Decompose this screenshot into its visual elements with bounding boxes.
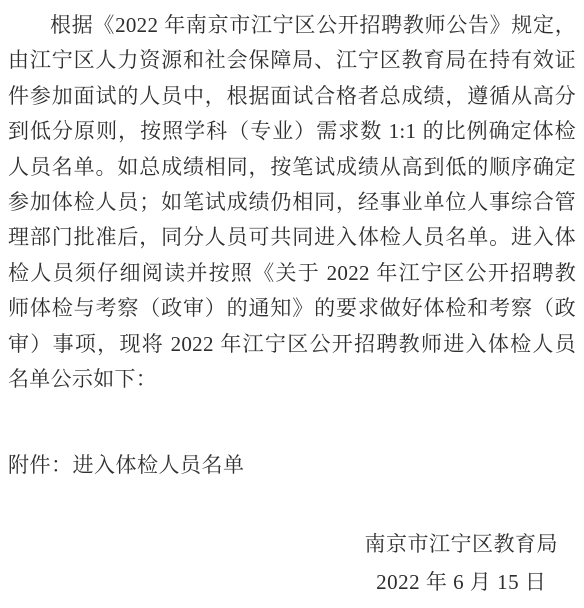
paragraph-line: 由江宁区人力资源和社会保障局、江宁区教育局在持有效证 — [8, 43, 576, 78]
paragraph-line: 审）事项，现将 2022 年江宁区公开招聘教师进入体检人员 — [8, 327, 576, 362]
paragraph-line: 人员名单。如总成绩相同，按笔试成绩从高到低的顺序确定 — [8, 150, 576, 185]
issue-date: 2022 年 6 月 15 日 — [365, 563, 559, 601]
paragraph-line: 师体检与考察（政审）的通知》的要求做好体检和考察（政 — [8, 291, 576, 326]
paragraph-line: 根据《2022 年南京市江宁区公开招聘教师公告》规定， — [8, 8, 576, 43]
paragraph-line: 到低分原则，按照学科（专业）需求数 1:1 的比例确定体检 — [8, 114, 576, 149]
signature-block: 南京市江宁区教育局 2022 年 6 月 15 日 — [8, 525, 576, 601]
signature-inner: 南京市江宁区教育局 2022 年 6 月 15 日 — [365, 525, 559, 601]
issuing-agency: 南京市江宁区教育局 — [365, 525, 559, 563]
attachment-line: 附件：进入体检人员名单 — [8, 447, 576, 483]
paragraph-line: 名单公示如下： — [8, 362, 576, 397]
announcement-paragraph: 根据《2022 年南京市江宁区公开招聘教师公告》规定，由江宁区人力资源和社会保障… — [8, 8, 576, 397]
paragraph-line: 理部门批准后，同分人员可共同进入体检人员名单。进入体 — [8, 220, 576, 255]
paragraph-line: 参加体检人员；如笔试成绩仍相同，经事业单位人事综合管 — [8, 185, 576, 220]
paragraph-line: 检人员须仔细阅读并按照《关于 2022 年江宁区公开招聘教 — [8, 256, 576, 291]
document-page: 根据《2022 年南京市江宁区公开招聘教师公告》规定，由江宁区人力资源和社会保障… — [0, 0, 584, 608]
paragraph-line: 件参加面试的人员中，根据面试合格者总成绩，遵循从高分 — [8, 79, 576, 114]
